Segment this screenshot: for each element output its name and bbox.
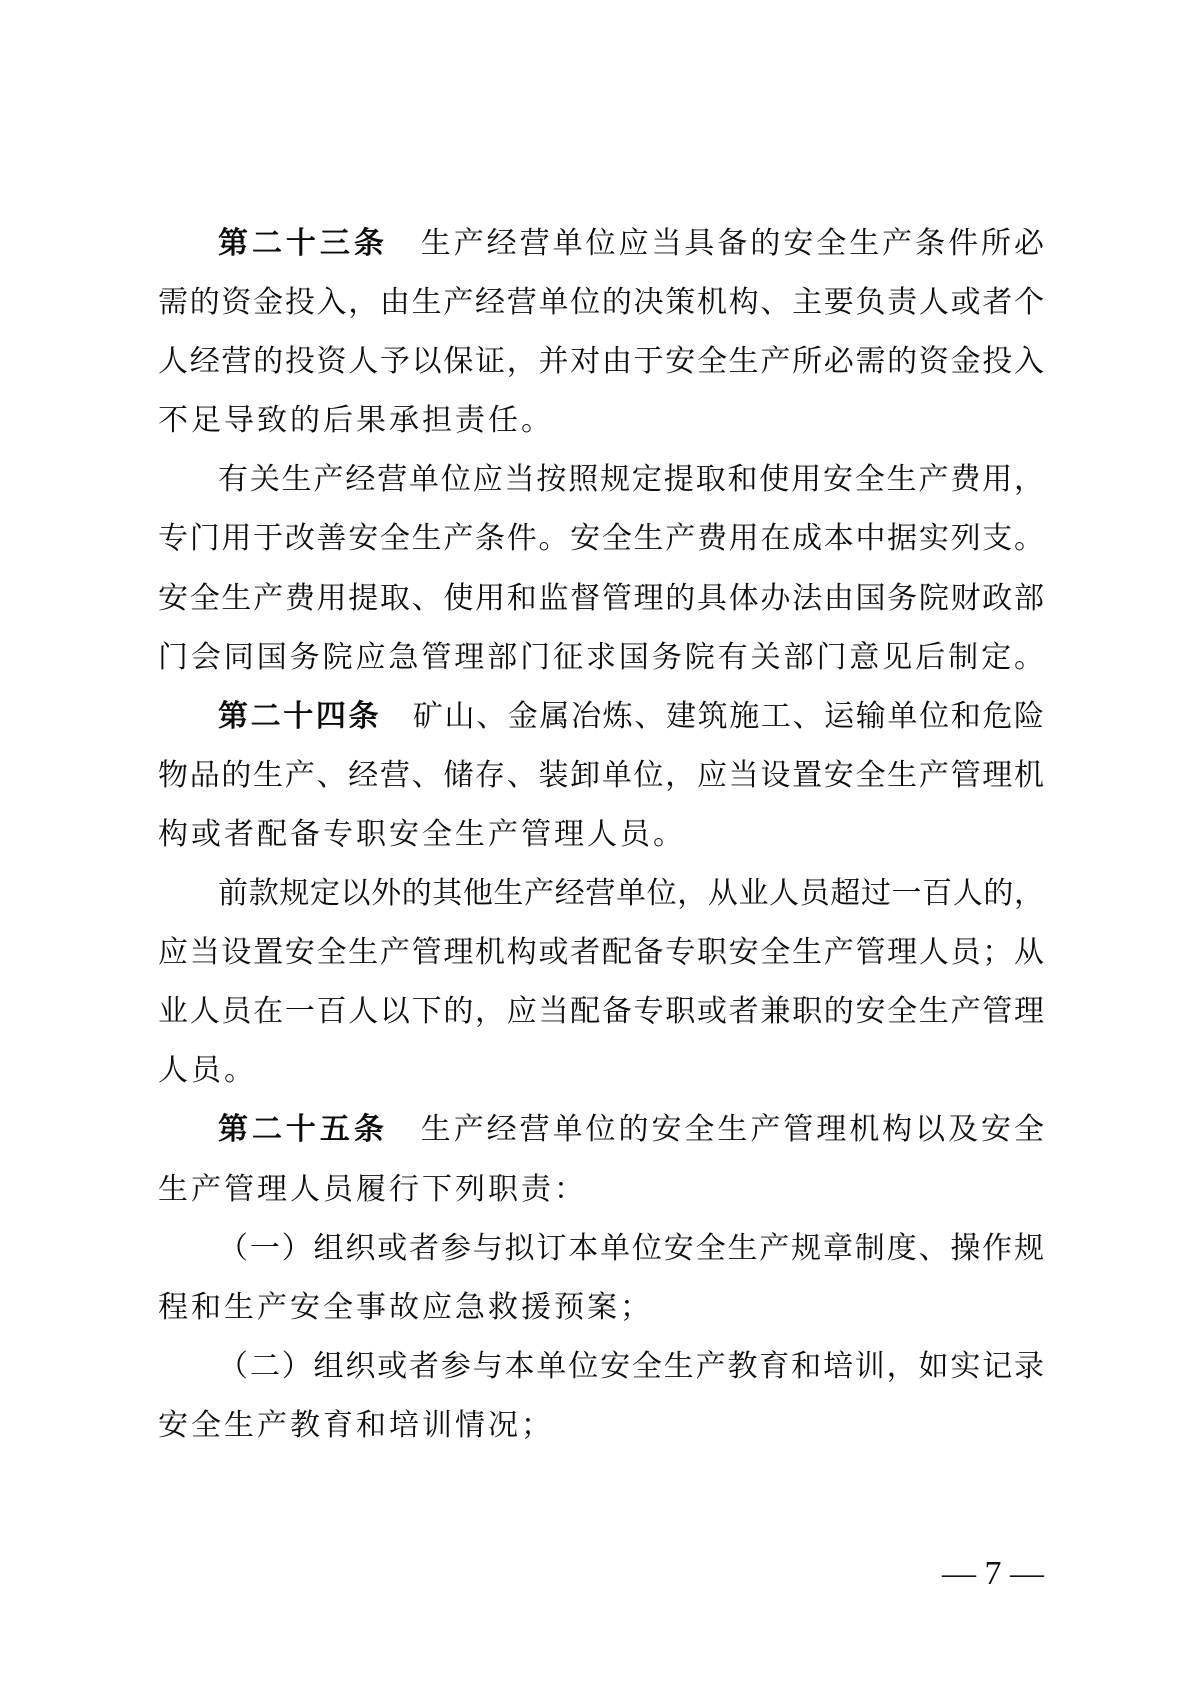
text-body: 第二十三条 生产经营单位应当具备的安全生产条件所必需的资金投入，由生产经营单位的… <box>158 214 1044 1455</box>
line-text: 前款规定以外的其他生产经营单位，从业人员超过一百人的， <box>218 877 1044 910</box>
article-number: 第二十五条 <box>218 1113 388 1146</box>
line-text: 安全生产教育和培训情况； <box>158 1409 554 1442</box>
text-line: 人员。 <box>158 1041 1044 1100</box>
text-line: 安全生产教育和培训情况； <box>158 1396 1044 1455</box>
text-line: 专门用于改善安全生产条件。安全生产费用在成本中据实列支。 <box>158 509 1044 568</box>
text-line: （二）组织或者参与本单位安全生产教育和培训，如实记录 <box>158 1337 1044 1396</box>
text-line: 人经营的投资人予以保证，并对由于安全生产所必需的资金投入 <box>158 332 1044 391</box>
line-text: 有关生产经营单位应当按照规定提取和使用安全生产费用， <box>218 463 1044 496</box>
line-text: （一）组织或者参与拟订本单位安全生产规章制度、操作规 <box>218 1232 1044 1265</box>
article-number: 第二十四条 <box>218 700 381 733</box>
line-text: （二）组织或者参与本单位安全生产教育和培训，如实记录 <box>218 1350 1044 1383</box>
article-number: 第二十三条 <box>218 227 388 260</box>
text-line: 前款规定以外的其他生产经营单位，从业人员超过一百人的， <box>158 864 1044 923</box>
text-line: 安全生产费用提取、使用和监督管理的具体办法由国务院财政部 <box>158 569 1044 628</box>
text-line: 应当设置安全生产管理机构或者配备专职安全生产管理人员；从 <box>158 923 1044 982</box>
line-text: 程和生产安全事故应急救援预案； <box>158 1291 653 1324</box>
line-text: 业人员在一百人以下的，应当配备专职或者兼职的安全生产管理 <box>158 995 1044 1028</box>
line-text: 人员。 <box>158 1054 257 1087</box>
text-line: 物品的生产、经营、储存、装卸单位，应当设置安全生产管理机 <box>158 746 1044 805</box>
text-line: （一）组织或者参与拟订本单位安全生产规章制度、操作规 <box>158 1219 1044 1278</box>
line-text: 需的资金投入，由生产经营单位的决策机构、主要负责人或者个 <box>158 286 1044 319</box>
line-text: 生产经营单位应当具备的安全生产条件所必 <box>421 227 1044 260</box>
text-line: 业人员在一百人以下的，应当配备专职或者兼职的安全生产管理 <box>158 982 1044 1041</box>
line-text: 不足导致的后果承担责任。 <box>158 404 554 437</box>
line-text: 应当设置安全生产管理机构或者配备专职安全生产管理人员；从 <box>158 936 1044 969</box>
text-line: 需的资金投入，由生产经营单位的决策机构、主要负责人或者个 <box>158 273 1044 332</box>
page-number: — 7 — <box>158 1556 1044 1592</box>
line-text: 生产管理人员履行下列职责： <box>158 1173 587 1206</box>
line-text: 门会同国务院应急管理部门征求国务院有关部门意见后制定。 <box>158 641 1044 674</box>
text-line: 程和生产安全事故应急救援预案； <box>158 1278 1044 1337</box>
text-line: 不足导致的后果承担责任。 <box>158 391 1044 450</box>
line-text: 专门用于改善安全生产条件。安全生产费用在成本中据实列支。 <box>158 522 1044 555</box>
line-text: 构或者配备专职安全生产管理人员。 <box>158 818 686 851</box>
line-text: 人经营的投资人予以保证，并对由于安全生产所必需的资金投入 <box>158 345 1044 378</box>
document-page: 第二十三条 生产经营单位应当具备的安全生产条件所必需的资金投入，由生产经营单位的… <box>0 0 1191 1684</box>
text-line: 生产管理人员履行下列职责： <box>158 1160 1044 1219</box>
text-line: 构或者配备专职安全生产管理人员。 <box>158 805 1044 864</box>
line-text: 矿山、金属冶炼、建筑施工、运输单位和危险 <box>413 700 1044 733</box>
line-text: 生产经营单位的安全生产管理机构以及安全 <box>421 1113 1044 1146</box>
line-text: 物品的生产、经营、储存、装卸单位，应当设置安全生产管理机 <box>158 759 1044 792</box>
article-line: 第二十四条 矿山、金属冶炼、建筑施工、运输单位和危险 <box>158 687 1044 746</box>
line-text: 安全生产费用提取、使用和监督管理的具体办法由国务院财政部 <box>158 582 1044 615</box>
text-line: 有关生产经营单位应当按照规定提取和使用安全生产费用， <box>158 450 1044 509</box>
article-line: 第二十三条 生产经营单位应当具备的安全生产条件所必 <box>158 214 1044 273</box>
article-line: 第二十五条 生产经营单位的安全生产管理机构以及安全 <box>158 1100 1044 1159</box>
text-line: 门会同国务院应急管理部门征求国务院有关部门意见后制定。 <box>158 628 1044 687</box>
